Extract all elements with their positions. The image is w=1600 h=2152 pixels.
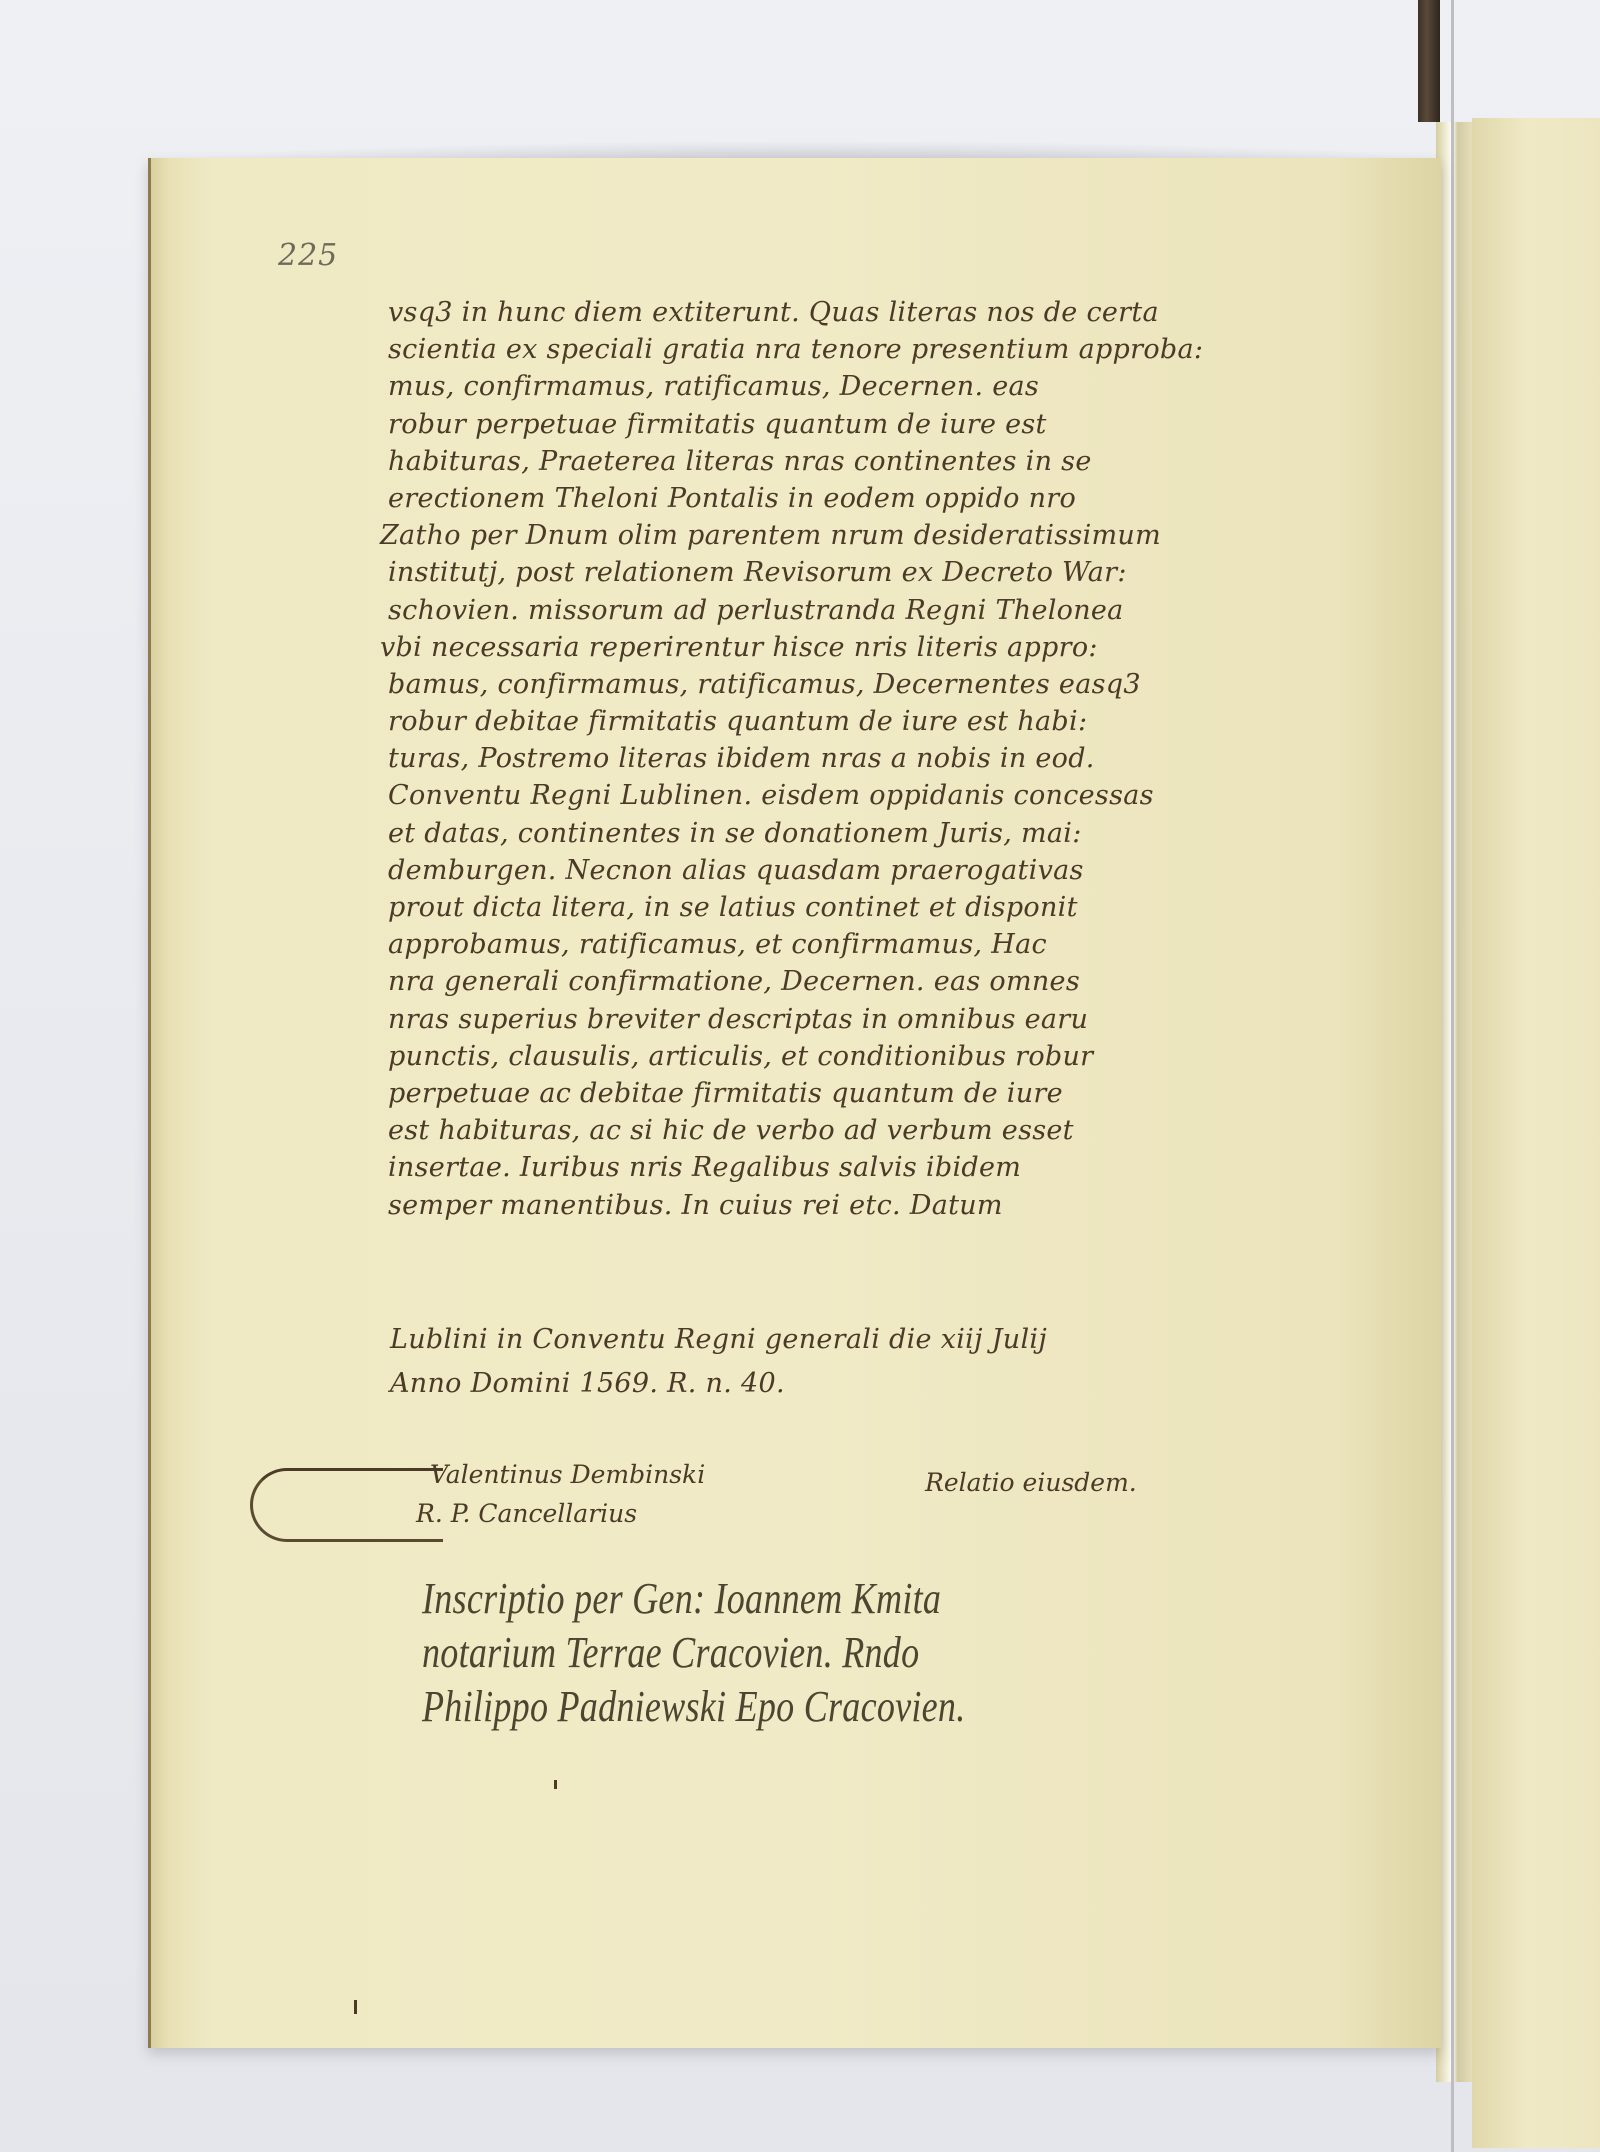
text-line: Conventu Regni Lublinen. eisdem oppidani…	[388, 777, 1338, 814]
date-line: Lublini in Conventu Regni generali die x…	[390, 1318, 1350, 1362]
heading-line: Philippo Padniewski Epo Cracovien.	[422, 1680, 1062, 1734]
glass-plate-edge	[1451, 0, 1454, 2152]
heading-line: Inscriptio per Gen: Ioannem Kmita	[422, 1572, 1062, 1626]
text-line: vsq3 in hunc diem extiterunt. Quas liter…	[388, 294, 1338, 331]
inscription-heading: Inscriptio per Gen: Ioannem Kmita notari…	[422, 1572, 1062, 1734]
text-line: demburgen. Necnon alias quasdam praeroga…	[388, 852, 1338, 889]
text-line: vbi necessaria reperirentur hisce nris l…	[380, 629, 1338, 666]
text-line: punctis, clausulis, articulis, et condit…	[388, 1038, 1338, 1075]
text-line: turas, Postremo literas ibidem nras a no…	[388, 740, 1338, 777]
text-line: habituras, Praeterea literas nras contin…	[388, 443, 1338, 480]
text-line: schovien. missorum ad perlustranda Regni…	[388, 592, 1338, 629]
text-line: mus, confirmamus, ratificamus, Decernen.…	[388, 368, 1338, 405]
text-line: et datas, continentes in se donationem J…	[388, 815, 1338, 852]
relatio-note: Relatio eiusdem.	[925, 1468, 1137, 1497]
heading-line: notarium Terrae Cracovien. Rndo	[422, 1626, 1062, 1680]
text-line: est habituras, ac si hic de verbo ad ver…	[388, 1112, 1338, 1149]
text-line: nras superius breviter descriptas in omn…	[388, 1001, 1338, 1038]
signatory-name: Valentinus Dembinski	[430, 1460, 705, 1489]
facing-page: S	[1472, 118, 1600, 2148]
text-line: semper manentibus. In cuius rei etc. Dat…	[388, 1187, 1338, 1224]
ink-speck	[554, 1780, 557, 1789]
signature-block: Valentinus Dembinski R. P. Cancellarius …	[430, 1460, 1330, 1550]
text-line: approbamus, ratificamus, et confirmamus,…	[388, 926, 1338, 963]
text-line: insertae. Iuribus nris Regalibus salvis …	[388, 1149, 1338, 1186]
dating-clause: Lublini in Conventu Regni generali die x…	[390, 1318, 1350, 1406]
body-text: vsq3 in hunc diem extiterunt. Quas liter…	[388, 294, 1338, 1224]
text-line: nra generali confirmatione, Decernen. ea…	[388, 963, 1338, 1000]
text-line: institutj, post relationem Revisorum ex …	[388, 554, 1338, 591]
text-line: erectionem Theloni Pontalis in eodem opp…	[388, 480, 1338, 517]
chancellor-signature: Valentinus Dembinski R. P. Cancellarius	[430, 1460, 705, 1528]
signature-flourish	[250, 1468, 443, 1542]
book-spine	[1436, 122, 1472, 2082]
ink-speck	[354, 2000, 357, 2014]
text-line: bamus, confirmamus, ratificamus, Decerne…	[388, 666, 1338, 703]
book-clamp-bar	[1418, 0, 1440, 122]
text-line: prout dicta litera, in se latius contine…	[388, 889, 1338, 926]
folio-number: 225	[278, 238, 338, 273]
text-line: perpetuae ac debitae firmitatis quantum …	[388, 1075, 1338, 1112]
text-line: Zatho per Dnum olim parentem nrum deside…	[380, 517, 1338, 554]
year-line: Anno Domini 1569. R. n. 40.	[390, 1362, 1350, 1406]
text-line: robur debitae firmitatis quantum de iure…	[388, 703, 1338, 740]
text-line: robur perpetuae firmitatis quantum de iu…	[388, 406, 1338, 443]
signatory-title: R. P. Cancellarius	[416, 1499, 705, 1528]
text-line: scientia ex speciali gratia nra tenore p…	[388, 331, 1338, 368]
